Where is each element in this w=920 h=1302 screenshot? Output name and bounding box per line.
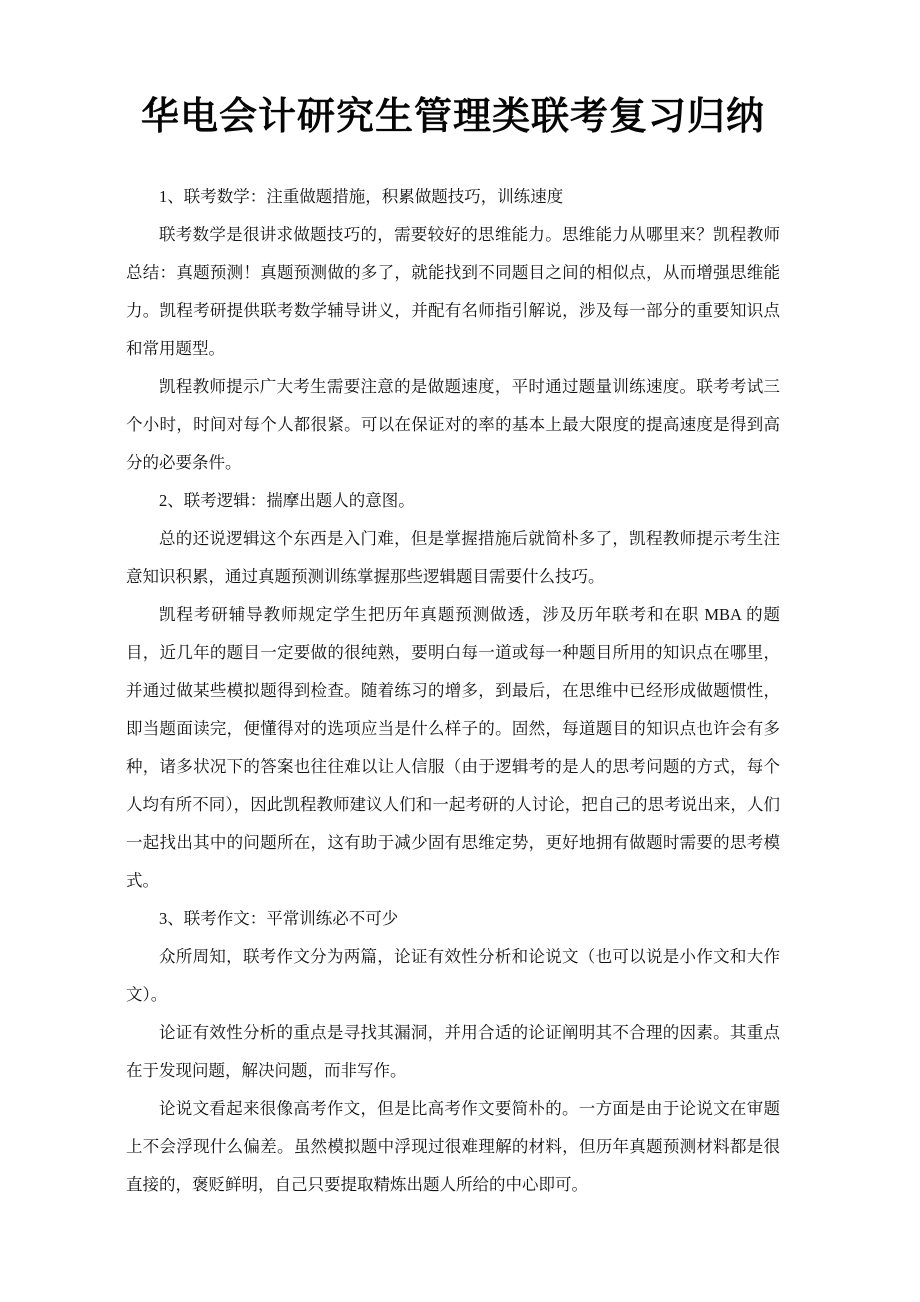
document-page: 华电会计研究生管理类联考复习归纳 1、联考数学：注重做题措施，积累做题技巧，训练… <box>0 0 920 1302</box>
paragraph-math-skills: 联考数学是很讲求做题技巧的，需要较好的思维能力。思维能力从哪里来？凯程教师总结：… <box>126 216 780 368</box>
paragraph-writing-heading: 3、联考作文：平常训练必不可少 <box>126 900 780 938</box>
paragraph-logic-heading: 2、联考逻辑：揣摩出题人的意图。 <box>126 482 780 520</box>
paragraph-math-heading: 1、联考数学：注重做题措施，积累做题技巧，训练速度 <box>126 178 780 216</box>
paragraph-math-speed: 凯程教师提示广大考生需要注意的是做题速度，平时通过题量训练速度。联考考试三个小时… <box>126 368 780 482</box>
paragraph-writing-analysis: 论证有效性分析的重点是寻找其漏洞，并用合适的论证阐明其不合理的因素。其重点在于发… <box>126 1014 780 1090</box>
paragraph-logic-intro: 总的还说逻辑这个东西是入门难，但是掌握措施后就简朴多了，凯程教师提示考生注意知识… <box>126 520 780 596</box>
paragraph-logic-practice: 凯程考研辅导教师规定学生把历年真题预测做透，涉及历年联考和在职 MBA 的题目，… <box>126 596 780 900</box>
paragraph-writing-overview: 众所周知，联考作文分为两篇，论证有效性分析和论说文（也可以说是小作文和大作文）。 <box>126 938 780 1014</box>
paragraph-writing-essay: 论说文看起来很像高考作文，但是比高考作文要简朴的。一方面是由于论说文在审题上不会… <box>126 1090 780 1204</box>
document-body: 1、联考数学：注重做题措施，积累做题技巧，训练速度 联考数学是很讲求做题技巧的，… <box>126 178 780 1204</box>
document-title: 华电会计研究生管理类联考复习归纳 <box>126 86 780 148</box>
